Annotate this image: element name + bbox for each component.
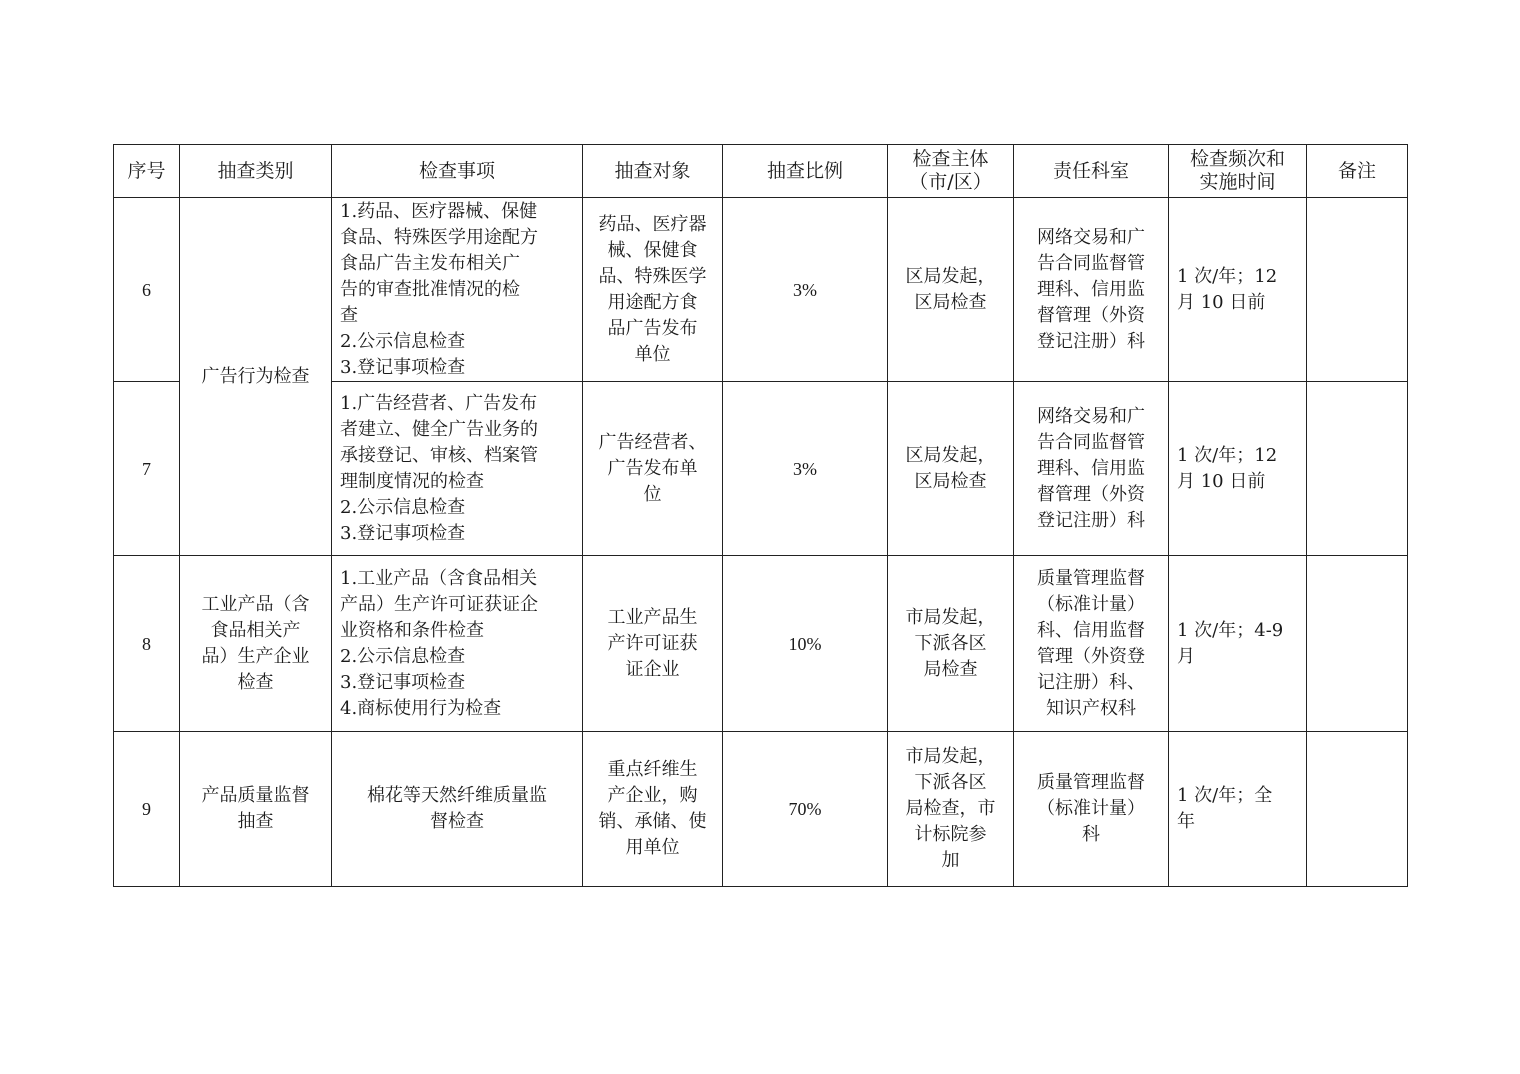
cell-subject: 区局发起，区局检查: [888, 198, 1014, 382]
cell-items: 棉花等天然纤维质量监督检查: [332, 732, 583, 887]
cell-ratio: 70%: [723, 732, 888, 887]
table-row: 8 工业产品（含食品相关产品）生产企业检查 1.工业产品（含食品相关产品）生产许…: [114, 556, 1408, 732]
cell-frequency: 1 次/年；4-9月: [1169, 556, 1307, 732]
cell-ratio: 10%: [723, 556, 888, 732]
cell-subject: 市局发起，下派各区局检查: [888, 556, 1014, 732]
header-ratio: 抽查比例: [723, 145, 888, 198]
cell-target: 药品、医疗器械、保健食品、特殊医学用途配方食品广告发布单位: [583, 198, 723, 382]
cell-target: 工业产品生产许可证获证企业: [583, 556, 723, 732]
cell-seq: 8: [114, 556, 180, 732]
cell-seq: 7: [114, 382, 180, 556]
header-row: 序号 抽查类别 检查事项 抽查对象 抽查比例 检查主体 （市/区） 责任科室 检…: [114, 145, 1408, 198]
cell-remarks: [1307, 732, 1408, 887]
header-items: 检查事项: [332, 145, 583, 198]
cell-ratio: 3%: [723, 382, 888, 556]
header-office: 责任科室: [1014, 145, 1169, 198]
cell-remarks: [1307, 382, 1408, 556]
cell-target: 广告经营者、广告发布单位: [583, 382, 723, 556]
cell-items: 1.药品、医疗器械、保健食品、特殊医学用途配方食品广告主发布相关广告的审查批准情…: [332, 198, 583, 382]
cell-items: 1.广告经营者、广告发布者建立、健全广告业务的承接登记、审核、档案管理制度情况的…: [332, 382, 583, 556]
cell-office: 网络交易和广告合同监督管理科、信用监督管理（外资登记注册）科: [1014, 198, 1169, 382]
header-remarks: 备注: [1307, 145, 1408, 198]
table-row: 9 产品质量监督抽查 棉花等天然纤维质量监督检查 重点纤维生产企业，购销、承储、…: [114, 732, 1408, 887]
cell-ratio: 3%: [723, 198, 888, 382]
cell-category: 产品质量监督抽查: [180, 732, 332, 887]
cell-category: 工业产品（含食品相关产品）生产企业检查: [180, 556, 332, 732]
header-category: 抽查类别: [180, 145, 332, 198]
cell-items: 1.工业产品（含食品相关产品）生产许可证获证企业资格和条件检查2.公示信息检查3…: [332, 556, 583, 732]
header-subject: 检查主体 （市/区）: [888, 145, 1014, 198]
cell-remarks: [1307, 198, 1408, 382]
cell-office: 质量管理监督（标准计量）科、信用监督管理（外资登记注册）科、知识产权科: [1014, 556, 1169, 732]
header-target: 抽查对象: [583, 145, 723, 198]
cell-seq: 6: [114, 198, 180, 382]
cell-office: 网络交易和广告合同监督管理科、信用监督管理（外资登记注册）科: [1014, 382, 1169, 556]
cell-category: 广告行为检查: [180, 198, 332, 556]
cell-frequency: 1 次/年；12月 10 日前: [1169, 198, 1307, 382]
cell-remarks: [1307, 556, 1408, 732]
header-frequency: 检查频次和 实施时间: [1169, 145, 1307, 198]
cell-frequency: 1 次/年；12月 10 日前: [1169, 382, 1307, 556]
cell-seq: 9: [114, 732, 180, 887]
table-row: 6 广告行为检查 1.药品、医疗器械、保健食品、特殊医学用途配方食品广告主发布相…: [114, 198, 1408, 382]
inspection-table: 序号 抽查类别 检查事项 抽查对象 抽查比例 检查主体 （市/区） 责任科室 检…: [113, 144, 1408, 887]
cell-target: 重点纤维生产企业，购销、承储、使用单位: [583, 732, 723, 887]
cell-frequency: 1 次/年；全年: [1169, 732, 1307, 887]
cell-subject: 区局发起，区局检查: [888, 382, 1014, 556]
cell-office: 质量管理监督（标准计量）科: [1014, 732, 1169, 887]
cell-subject: 市局发起，下派各区局检查，市计标院参加: [888, 732, 1014, 887]
header-seq: 序号: [114, 145, 180, 198]
